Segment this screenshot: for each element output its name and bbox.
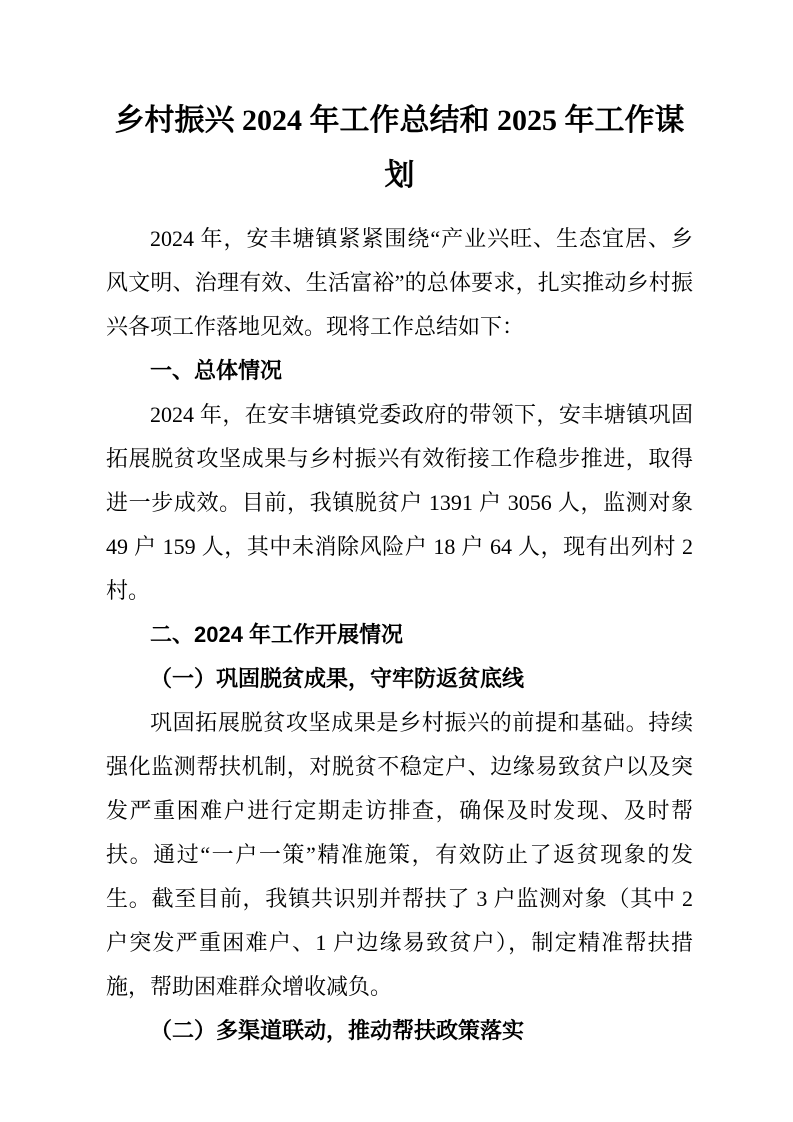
section-1-paragraph: 2024 年，在安丰塘镇党委政府的带领下，安丰塘镇巩固拓展脱贫攻坚成果与乡村振兴…: [106, 393, 693, 613]
document-title: 乡村振兴 2024 年工作总结和 2025 年工作谋划: [106, 93, 693, 203]
section-2-sub-1-heading: （一）巩固脱贫成果，守牢防返贫底线: [106, 657, 693, 701]
document-page: 乡村振兴 2024 年工作总结和 2025 年工作谋划 2024 年，安丰塘镇紧…: [0, 0, 793, 1122]
section-2-heading: 二、2024 年工作开展情况: [106, 613, 693, 657]
section-2-sub-2-heading: （二）多渠道联动，推动帮扶政策落实: [106, 1009, 693, 1053]
section-2-sub-1-paragraph: 巩固拓展脱贫攻坚成果是乡村振兴的前提和基础。持续强化监测帮扶机制，对脱贫不稳定户…: [106, 701, 693, 1009]
intro-paragraph: 2024 年，安丰塘镇紧紧围绕“产业兴旺、生态宜居、乡风文明、治理有效、生活富裕…: [106, 217, 693, 349]
section-1-heading: 一、总体情况: [106, 349, 693, 393]
